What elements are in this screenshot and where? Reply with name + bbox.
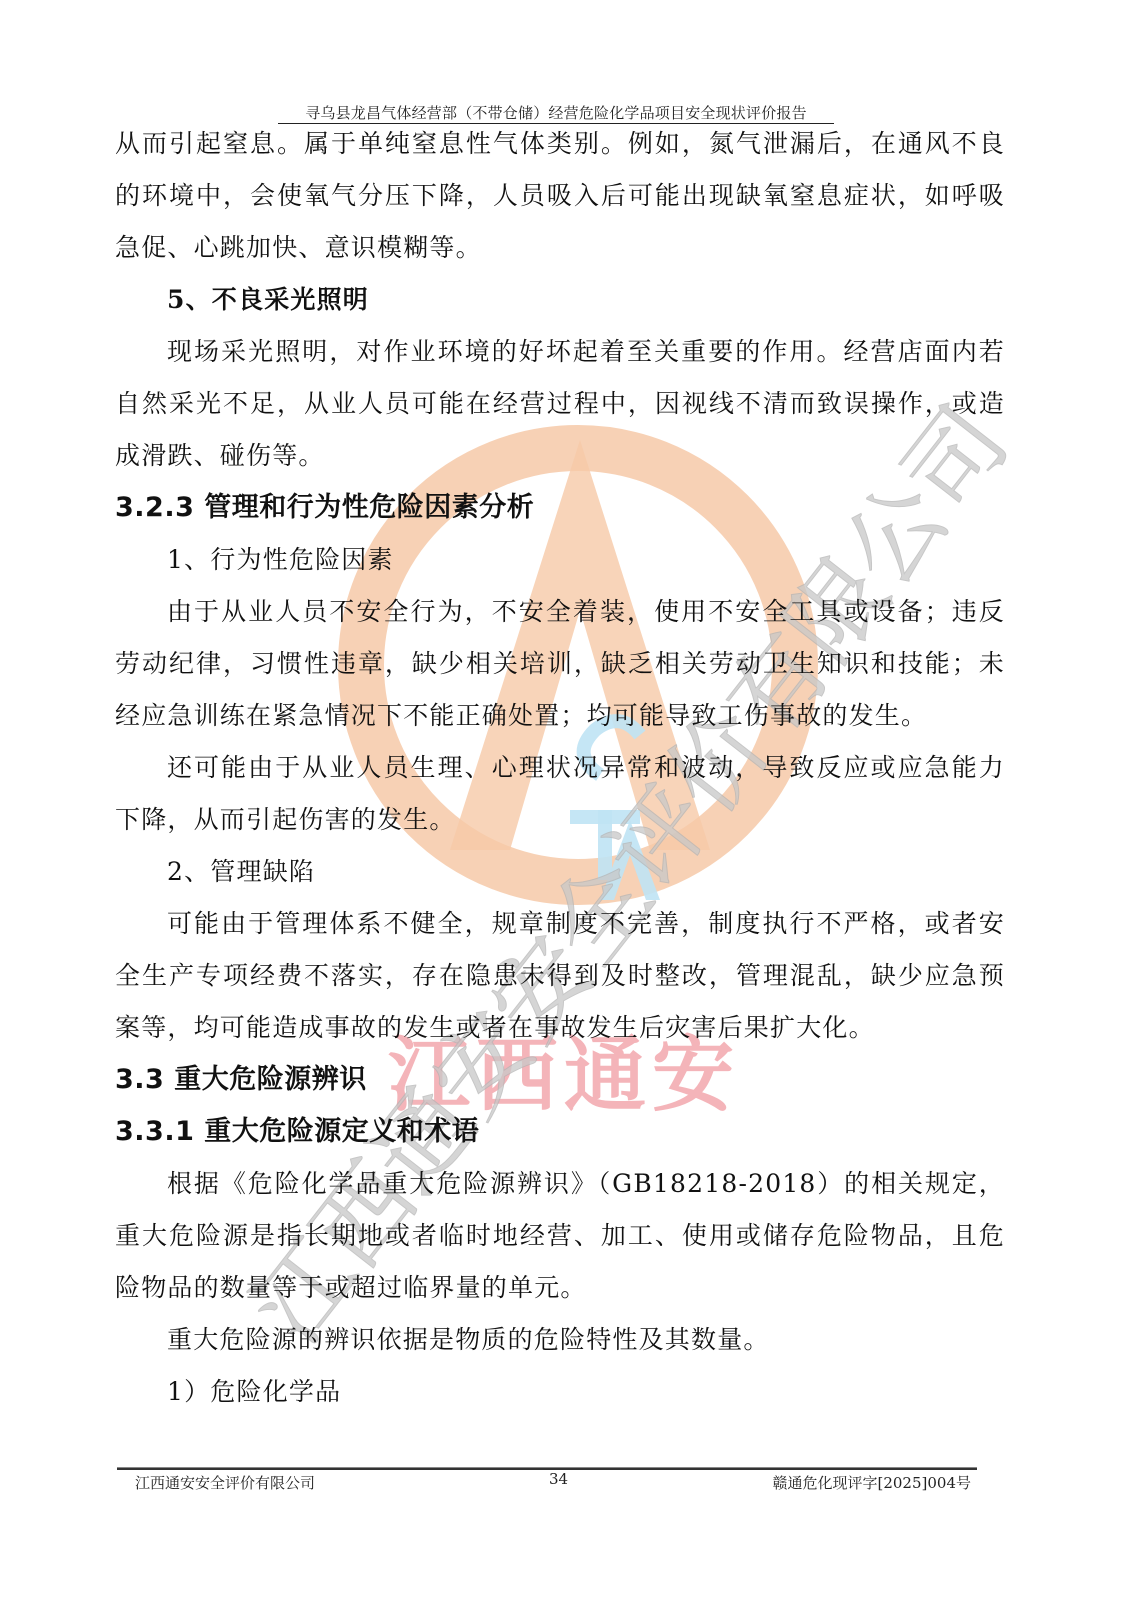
- document-page: 江西通安 江西通安安全评价有限公司 寻乌县龙昌气体经营部（不带仓储）经营危险化学…: [0, 0, 1131, 1600]
- section-heading-3-3-1: 3.3.1 重大危险源定义和术语: [115, 1106, 1005, 1158]
- footer-doc-number: 赣通危化现评字[2025]004号: [772, 1472, 971, 1493]
- paragraph: 从而引起窒息。属于单纯窒息性气体类别。例如，氮气泄漏后，在通风不良的环境中，会使…: [115, 118, 1005, 274]
- paragraph: 还可能由于从业人员生理、心理状况异常和波动，导致反应或应急能力下降，从而引起伤害…: [115, 742, 1005, 846]
- paragraph: 由于从业人员不安全行为，不安全着装，使用不安全工具或设备；违反劳动纪律，习惯性违…: [115, 586, 1005, 742]
- paragraph: 现场采光照明，对作业环境的好坏起着至关重要的作用。经营店面内若自然采光不足，从业…: [115, 326, 1005, 482]
- paragraph: 重大危险源的辨识依据是物质的危险特性及其数量。: [115, 1314, 1005, 1366]
- paragraph: 可能由于管理体系不健全，规章制度不完善，制度执行不严格，或者安全生产专项经费不落…: [115, 898, 1005, 1054]
- subheading-lighting: 5、不良采光照明: [115, 274, 1005, 326]
- paragraph: 根据《危险化学品重大危险源辨识》（GB18218-2018）的相关规定，重大危险…: [115, 1158, 1005, 1314]
- footer-company: 江西通安安全评价有限公司: [135, 1472, 315, 1493]
- page-content: 从而引起窒息。属于单纯窒息性气体类别。例如，氮气泄漏后，在通风不良的环境中，会使…: [115, 118, 1005, 1418]
- page-footer: 江西通安安全评价有限公司 34 赣通危化现评字[2025]004号: [117, 1472, 977, 1496]
- section-heading-3-3: 3.3 重大危险源辨识: [115, 1054, 1005, 1106]
- section-heading-3-2-3: 3.2.3 管理和行为性危险因素分析: [115, 482, 1005, 534]
- list-item-management-defects: 2、管理缺陷: [115, 846, 1005, 898]
- list-item-behavioral-factors: 1、行为性危险因素: [115, 534, 1005, 586]
- footer-divider: [117, 1467, 977, 1470]
- list-item-hazardous-chemicals: 1）危险化学品: [115, 1366, 1005, 1418]
- page-number: 34: [549, 1470, 568, 1488]
